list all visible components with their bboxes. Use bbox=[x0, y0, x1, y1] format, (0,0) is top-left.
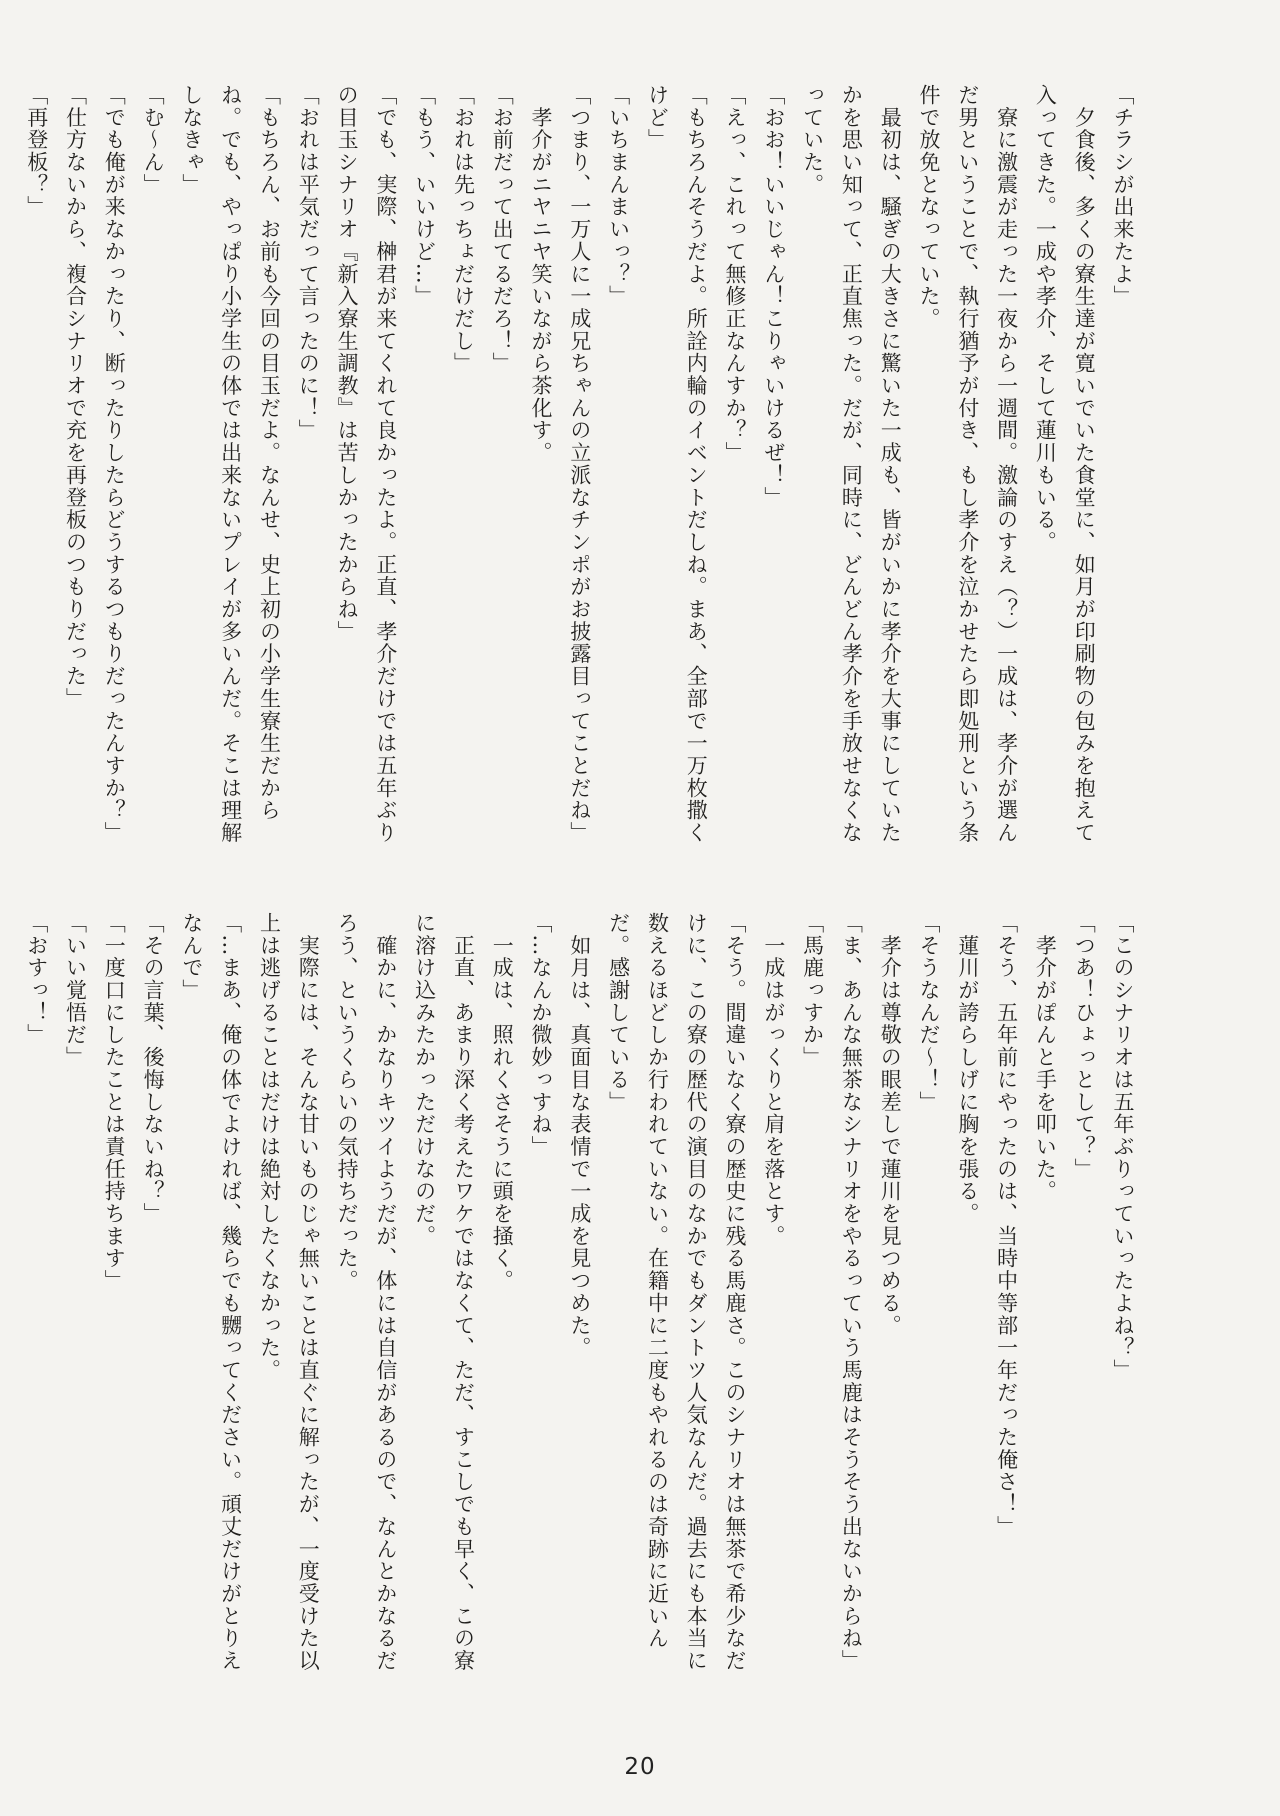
paragraph: 孝介がぽんと手を叩いた。 bbox=[1026, 912, 1065, 1674]
paragraph: 「でも、実際、榊君が来てくれて良かったよ。正直、孝介だけでは五年ぶりの目玉シナリ… bbox=[327, 84, 405, 846]
paragraph: 蓮川が誇らしげに胸を張る。 bbox=[948, 912, 987, 1674]
paragraph: 「いちまんまいっ？」 bbox=[599, 84, 638, 846]
paragraph: 「そう、五年前にやったのは、当時中等部一年だった俺さ！」 bbox=[987, 912, 1026, 1674]
paragraph: 「もちろん、お前も今回の目玉だよ。なんせ、史上初の小学生寮生だからね。でも、やっ… bbox=[172, 84, 288, 846]
paragraph: 「えっ、これって無修正なんすか？」 bbox=[715, 84, 754, 846]
paragraph: 「もちろんそうだよ。所詮内輪のイベントだしね。まあ、全部で一万枚撒くけど」 bbox=[638, 84, 716, 846]
paragraph: 「む〜ん」 bbox=[133, 84, 172, 846]
paragraph: 「もう、いいけど…」 bbox=[405, 84, 444, 846]
paragraph: 確かに、かなりキツイようだが、体には自信があるので、なんとかなるだろう、というく… bbox=[327, 912, 405, 1674]
paragraph: 「馬鹿っすか」 bbox=[793, 912, 832, 1674]
paragraph: 「その言葉、後悔しないね？」 bbox=[133, 912, 172, 1674]
paragraph: 「チラシが出来たよ」 bbox=[1103, 84, 1142, 846]
scanned-novel-page: 「チラシが出来たよ」 夕食後、多くの寮生達が寛いでいた食堂に、如月が印刷物の包み… bbox=[0, 0, 1280, 1816]
paragraph: 「おれは先っちょだけだし」 bbox=[444, 84, 483, 846]
paragraph: 「つまり、一万人に一成兄ちゃんの立派なチンポがお披露目ってことだね」 bbox=[560, 84, 599, 846]
paragraph: 「おお！いいじゃん！こりゃいけるぜ！」 bbox=[754, 84, 793, 846]
paragraph: 「…なんか微妙っすね」 bbox=[521, 912, 560, 1674]
paragraph: 「おすっ！」 bbox=[17, 912, 56, 1674]
paragraph: 「そうなんだ〜！」 bbox=[909, 912, 948, 1674]
paragraph: 「いい覚悟だ」 bbox=[56, 912, 95, 1674]
paragraph: 一成は、照れくさそうに頭を掻く。 bbox=[482, 912, 521, 1674]
paragraph: 如月は、真面目な表情で一成を見つめた。 bbox=[560, 912, 599, 1674]
paragraph: 「仕方ないから、複合シナリオで充を再登板のつもりだった」 bbox=[56, 84, 95, 846]
paragraph: 実際には、そんな甘いものじゃ無いことは直ぐに解ったが、一度受けた以上は逃げること… bbox=[250, 912, 328, 1674]
paragraph: 「お前だって出てるだろ！」 bbox=[482, 84, 521, 846]
paragraph: 「おれは平気だって言ったのに！」 bbox=[288, 84, 327, 846]
paragraph: 正直、あまり深く考えたワケではなくて、ただ、すこしでも早く、この寮に溶け込みたか… bbox=[405, 912, 483, 1674]
paragraph: 一成はがっくりと肩を落とす。 bbox=[754, 912, 793, 1674]
paragraph: 「でも俺が来なかったり、断ったりしたらどうするつもりだったんすか？」 bbox=[94, 84, 133, 846]
page-number: 20 bbox=[0, 1754, 1280, 1780]
paragraph: 「一度口にしたことは責任持ちます」 bbox=[94, 912, 133, 1674]
paragraph: 「そう。間違いなく寮の歴史に残る馬鹿さ。このシナリオは無茶で希少なだけに、この寮… bbox=[599, 912, 754, 1674]
paragraph: 夕食後、多くの寮生達が寛いでいた食堂に、如月が印刷物の包みを抱えて入ってきた。一… bbox=[1026, 84, 1104, 846]
paragraph: 「ま、あんな無茶なシナリオをやるっていう馬鹿はそうそう出ないからね」 bbox=[832, 912, 871, 1674]
paragraph: 最初は、騒ぎの大きさに驚いた一成も、皆がいかに孝介を大事にしていたかを思い知って… bbox=[793, 84, 909, 846]
paragraph: 「…まあ、俺の体でよければ、幾らでも嬲ってください。頑丈だけがとりえなんで」 bbox=[172, 912, 250, 1674]
paragraph: 孝介がニヤニヤ笑いながら茶化す。 bbox=[521, 84, 560, 846]
paragraph: 「このシナリオは五年ぶりっていったよね？」 bbox=[1103, 912, 1142, 1674]
bottom-text-band: 「このシナリオは五年ぶりっていったよね？」 「つあ！ひょっとして？」 孝介がぽん… bbox=[52, 912, 1142, 1674]
top-text-band: 「チラシが出来たよ」 夕食後、多くの寮生達が寛いでいた食堂に、如月が印刷物の包み… bbox=[52, 84, 1142, 846]
paragraph: 孝介は尊敬の眼差しで蓮川を見つめる。 bbox=[870, 912, 909, 1674]
paragraph: 「再登板？」 bbox=[17, 84, 56, 846]
paragraph: 「つあ！ひょっとして？」 bbox=[1064, 912, 1103, 1674]
paragraph: 寮に激震が走った一夜から一週間。激論のすえ（？）一成は、孝介が選んだ男ということ… bbox=[909, 84, 1025, 846]
